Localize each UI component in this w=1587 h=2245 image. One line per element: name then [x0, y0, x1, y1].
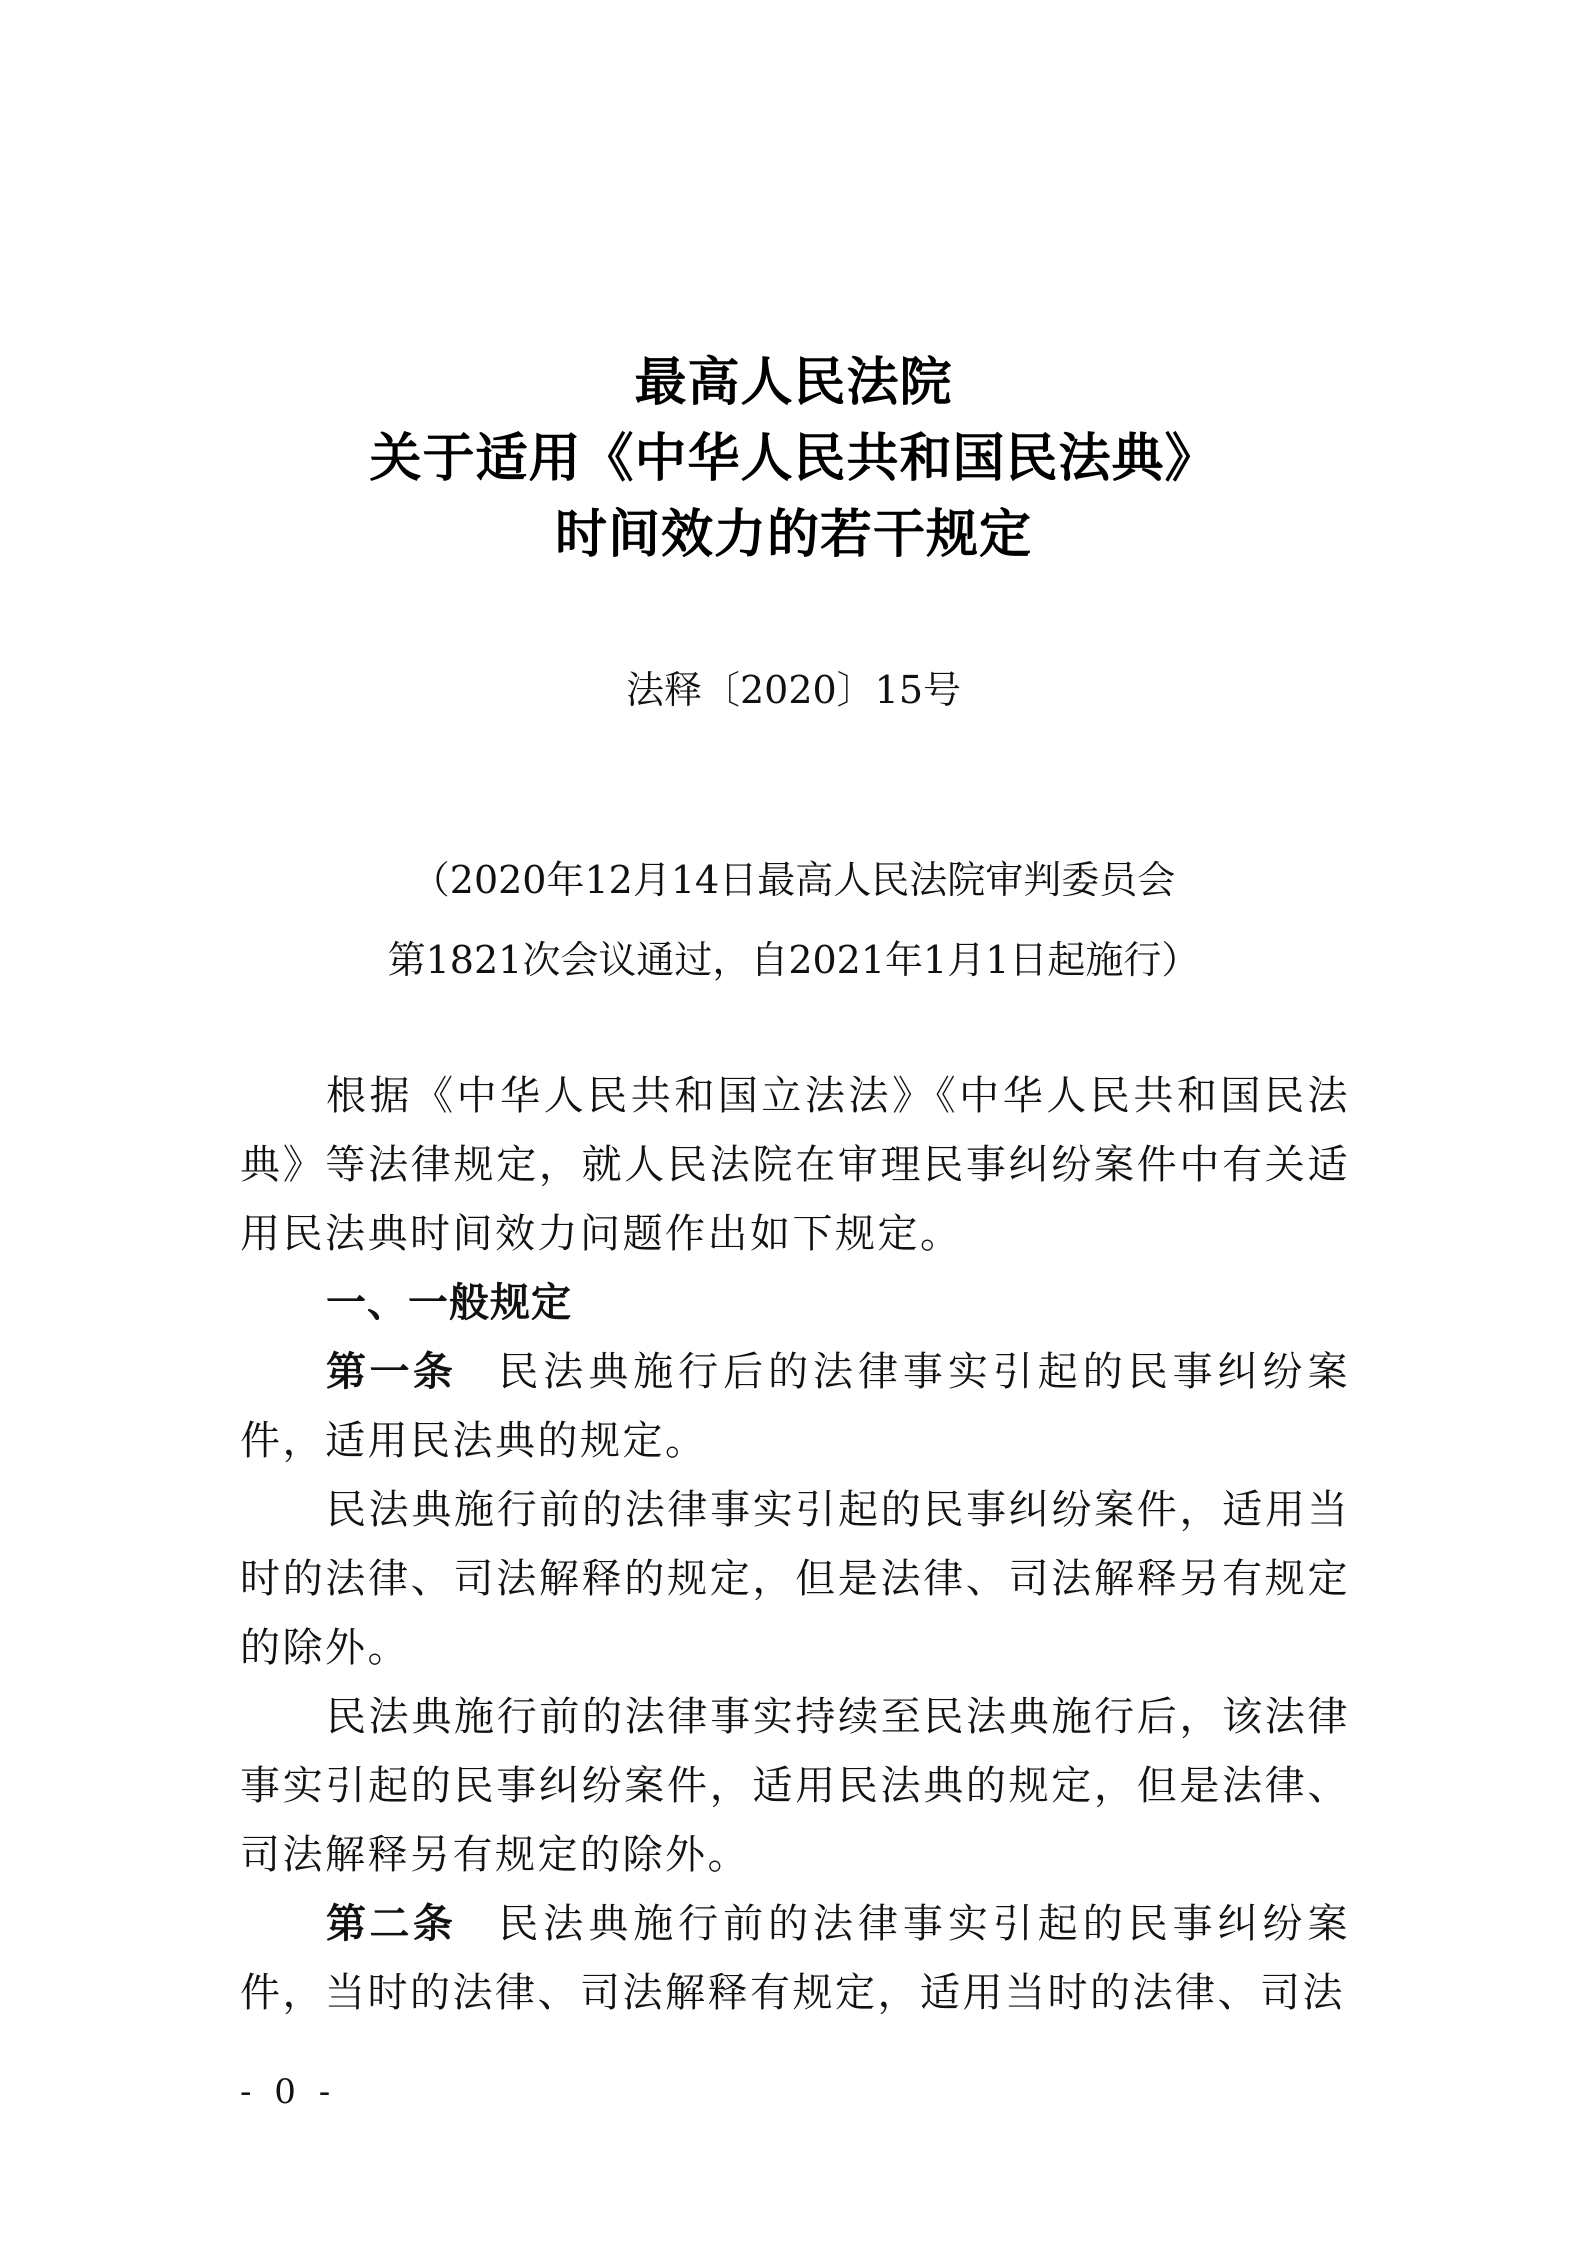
document-number: 法释〔2020〕15号 — [0, 665, 1587, 715]
article-1-paragraph-3: 民法典施行前的法律事实持续至民法典施行后，该法律事实引起的民事纠纷案件，适用民法… — [240, 1683, 1350, 1890]
title-line-topic: 时间效力的若干规定 — [0, 497, 1587, 573]
article-2-label: 第二条 — [326, 1901, 456, 1947]
title-line-issuer: 最高人民法院 — [0, 345, 1587, 421]
document-body: 根据《中华人民共和国立法法》《中华人民共和国民法典》等法律规定，就人民法院在审理… — [240, 1062, 1350, 2028]
adoption-line-1: （2020年12月14日最高人民法院审判委员会 — [0, 840, 1587, 920]
title-line-subject: 关于适用《中华人民共和国民法典》 — [0, 421, 1587, 497]
article-1-paragraph-2: 民法典施行前的法律事实引起的民事纠纷案件，适用当时的法律、司法解释的规定，但是法… — [240, 1476, 1350, 1683]
document-title: 最高人民法院 关于适用《中华人民共和国民法典》 时间效力的若干规定 — [0, 345, 1587, 573]
document-page: 最高人民法院 关于适用《中华人民共和国民法典》 时间效力的若干规定 法释〔202… — [0, 0, 1587, 2245]
adoption-note: （2020年12月14日最高人民法院审判委员会 第1821次会议通过，自2021… — [0, 840, 1587, 1000]
adoption-line-2: 第1821次会议通过，自2021年1月1日起施行） — [0, 920, 1587, 1000]
article-2-paragraph-1: 第二条民法典施行前的法律事实引起的民事纠纷案件，当时的法律、司法解释有规定，适用… — [240, 1890, 1350, 2028]
preamble-paragraph: 根据《中华人民共和国立法法》《中华人民共和国民法典》等法律规定，就人民法院在审理… — [240, 1062, 1350, 1269]
article-1-paragraph-1: 第一条民法典施行后的法律事实引起的民事纠纷案件，适用民法典的规定。 — [240, 1338, 1350, 1476]
article-1-label: 第一条 — [326, 1349, 456, 1395]
section-heading: 一、一般规定 — [240, 1269, 1350, 1338]
page-number: - 0 - — [240, 2072, 336, 2112]
